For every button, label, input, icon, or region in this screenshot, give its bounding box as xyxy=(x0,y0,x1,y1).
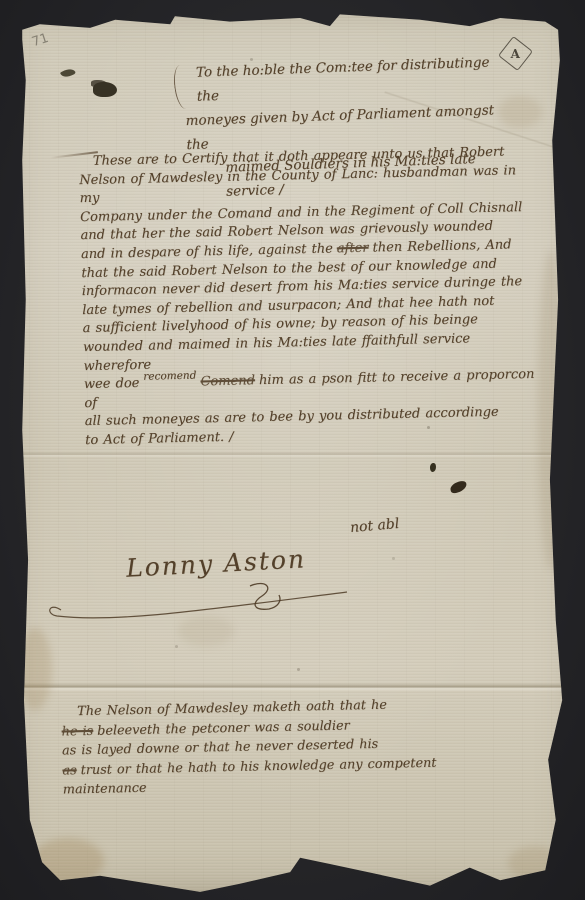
struck-word: he is xyxy=(61,723,93,739)
body-text-segment: then Rebellions, And xyxy=(372,237,511,255)
stamp-monogram: A xyxy=(511,47,520,61)
signature-flourish xyxy=(45,580,355,625)
body-text-segment: and in despare of his life, against the xyxy=(81,241,333,262)
paper-stain xyxy=(178,616,234,646)
ink-speck xyxy=(175,645,178,648)
ink-blot xyxy=(449,480,468,495)
heading-brace-mark xyxy=(171,64,191,110)
struck-word: as xyxy=(62,763,77,778)
paper-stain xyxy=(508,846,560,880)
ink-speck xyxy=(297,668,300,671)
paper-stain xyxy=(18,628,52,710)
ink-blot xyxy=(430,463,436,472)
struck-word: Comend xyxy=(200,373,255,389)
fold-crease xyxy=(22,683,562,691)
signature: Lonny Aston xyxy=(125,544,306,582)
folio-number-pencil: 71 xyxy=(30,31,50,50)
photo-stage: 71 A To the ho:ble the Com:tee for distr… xyxy=(0,0,585,900)
paper-stain xyxy=(538,250,564,570)
inserted-word: recomend xyxy=(143,367,197,387)
body-text-segment: wee doe xyxy=(84,376,140,392)
struck-word: after xyxy=(337,241,369,257)
ink-blot xyxy=(60,66,76,80)
paper-stain xyxy=(32,838,104,884)
ink-blot xyxy=(93,82,117,97)
certificate-body: These are to Certify that it doth appear… xyxy=(79,143,538,451)
manuscript-paper: 71 A To the ho:ble the Com:tee for distr… xyxy=(0,0,585,900)
affidavit-text-segment: beleeveth the petconer was a souldier xyxy=(97,718,350,738)
fold-crease xyxy=(22,452,562,457)
clerk-note: not abl xyxy=(349,516,400,536)
affidavit-text: The Nelson of Mawdesley maketh oath that… xyxy=(61,694,493,800)
ink-speck xyxy=(392,557,395,560)
